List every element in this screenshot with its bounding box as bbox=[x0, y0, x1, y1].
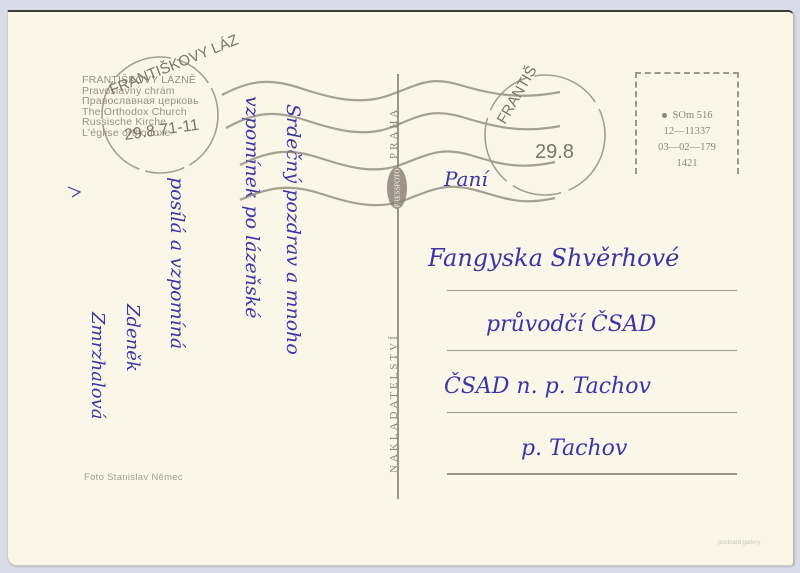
postmark-cancellation: FRANTIŠKOVY LÁZ 29.8.71-11 FRANTIŠ 29.8 bbox=[0, 0, 800, 573]
postmark-date-right: 29.8 bbox=[535, 141, 574, 163]
postmark-circle-text: FRANTIŠKOVY LÁZ bbox=[107, 32, 241, 99]
postmark-date: 29.8.71-11 bbox=[123, 117, 200, 144]
